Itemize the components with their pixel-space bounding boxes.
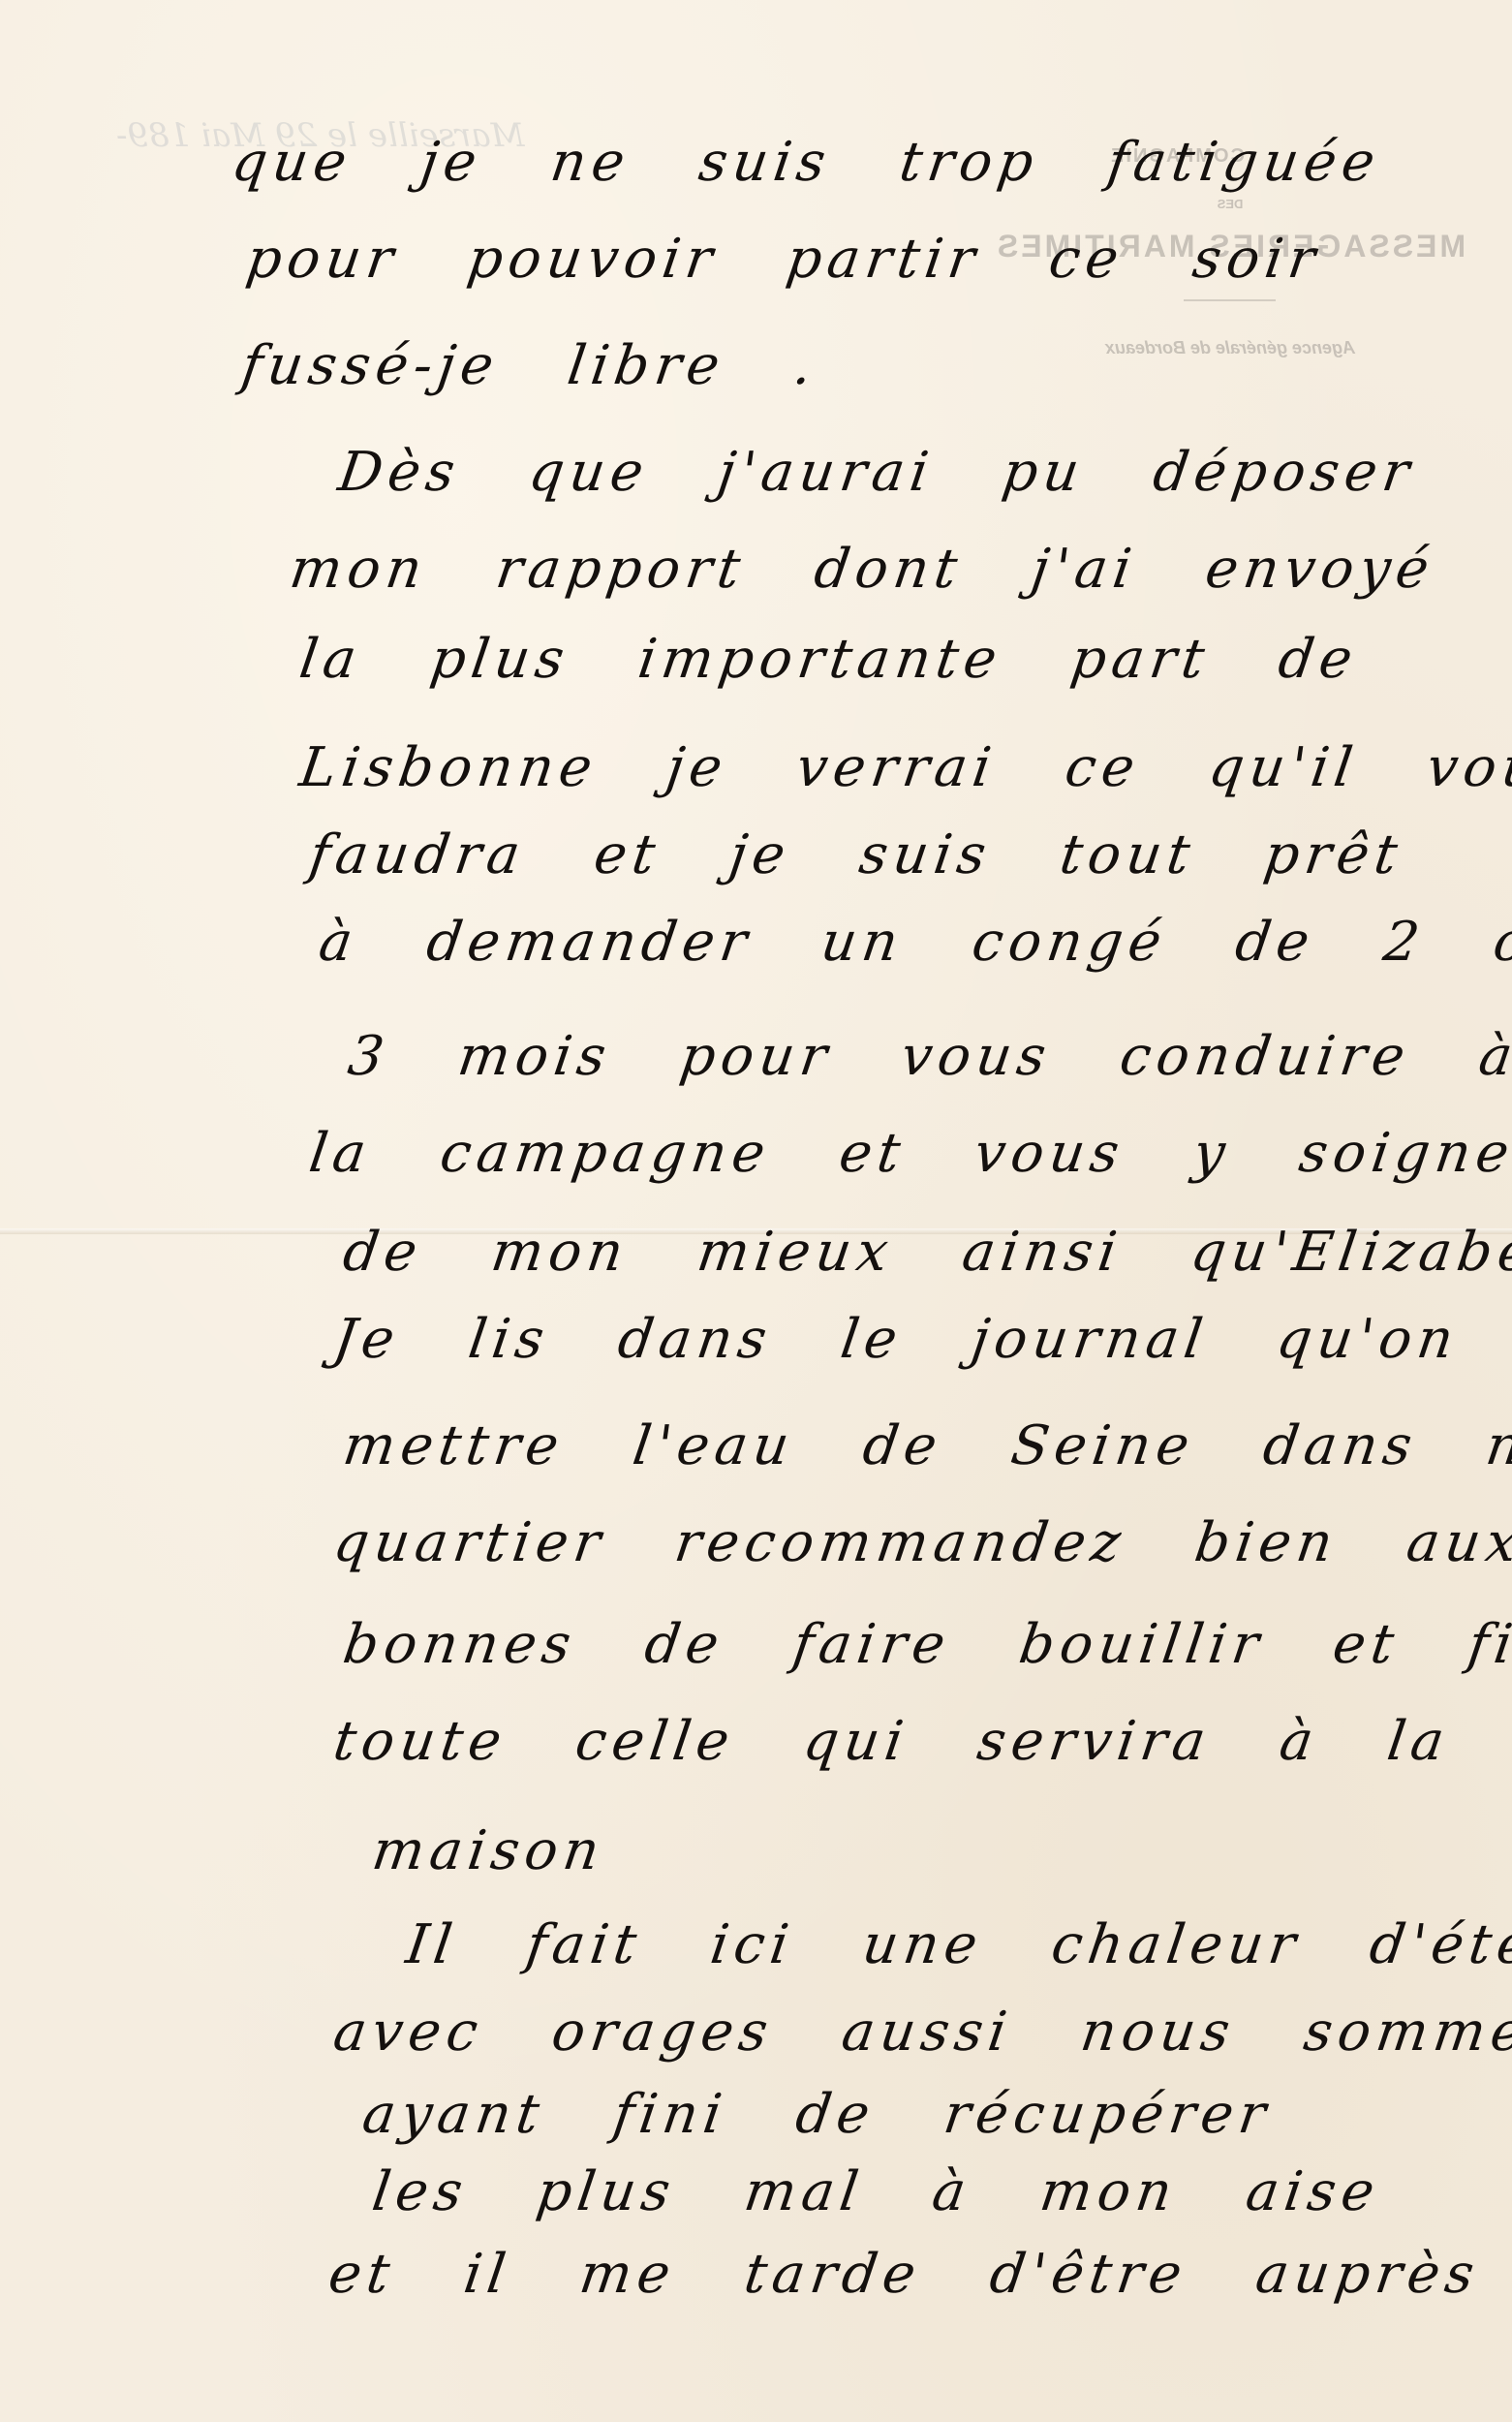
- handwritten-line: quartier recommandez bien aux: [329, 1511, 1512, 1574]
- letterhead-rule: [1185, 299, 1277, 301]
- handwritten-line: Lisbonne je verrai ce qu'il vous: [295, 736, 1512, 799]
- handwritten-line: les plus mal à mon aise: [368, 2160, 1383, 2223]
- handwritten-line: fussé-je libre .: [237, 334, 821, 397]
- handwritten-line: pour pouvoir partir ce soir: [242, 228, 1324, 291]
- handwritten-line: Il fait ici une chaleur d'été: [402, 1913, 1512, 1976]
- handwritten-line: mon rapport dont j'ai envoyé: [286, 538, 1438, 601]
- letterhead-des: DES: [978, 197, 1482, 211]
- handwritten-line: 3 mois pour vous conduire à: [344, 1025, 1512, 1088]
- handwritten-line: mettre l'eau de Seine dans notre: [339, 1414, 1512, 1477]
- handwritten-line: toute celle qui servira à la: [329, 1710, 1453, 1773]
- handwritten-line: et il me tarde d'être auprès: [324, 2243, 1483, 2306]
- handwritten-line: faudra et je suis tout prêt: [305, 823, 1406, 886]
- handwritten-line: Je lis dans le journal qu'on va: [329, 1308, 1512, 1371]
- handwritten-line: maison: [368, 1819, 608, 1882]
- handwritten-line: la campagne et vous y soigner: [305, 1122, 1512, 1185]
- handwritten-line: Dès que j'aurai pu déposer: [334, 441, 1419, 504]
- handwritten-line: avec orages aussi nous sommes: [329, 2001, 1512, 2064]
- handwritten-line: la plus importante part de: [295, 628, 1362, 691]
- handwritten-line: de mon mieux ainsi qu'Elizabeth: [339, 1221, 1512, 1284]
- handwritten-line: que je ne suis trop fatiguée: [228, 131, 1384, 194]
- handwritten-line: ayant fini de récupérer: [358, 2083, 1275, 2146]
- letterhead-agency: Agence générale de Bordeaux: [978, 338, 1482, 358]
- handwritten-line: bonnes de faire bouillir et filtrer: [339, 1613, 1512, 1676]
- handwritten-line: à demander un congé de 2 ou: [315, 911, 1512, 974]
